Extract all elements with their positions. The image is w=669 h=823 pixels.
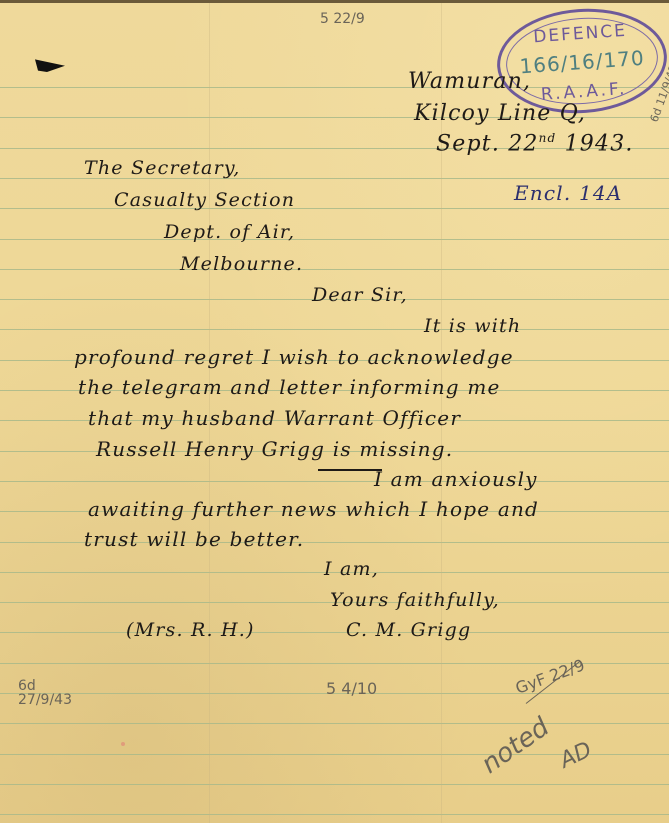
recipient-line-1: The Secretary, — [84, 157, 241, 179]
ruled-line — [0, 329, 669, 330]
registry-note-bottom-center: 5 4/10 — [326, 679, 377, 698]
address-line-1: Wamuran, — [408, 69, 531, 94]
ruled-line — [0, 723, 669, 724]
ruled-line — [0, 784, 669, 785]
address-line-2: Kilcoy Line Q, — [414, 101, 586, 126]
letter-page: DEFENCE 166/16/170 R.A.A.F. 5 22/9 6d 11… — [0, 0, 669, 823]
date-year: 1943. — [556, 131, 633, 156]
body-line-1: It is with — [424, 315, 521, 337]
closing-line-1: I am, — [324, 558, 379, 580]
ruled-line — [0, 632, 669, 633]
recipient-line-4: Melbourne. — [180, 253, 303, 275]
enclosure-note: Encl. 14A — [514, 181, 623, 205]
signatory-note: (Mrs. R. H.) — [126, 619, 255, 641]
body-line-8: trust will be better. — [84, 527, 304, 551]
name-underline — [318, 469, 382, 471]
recipient-line-2: Casualty Section — [114, 189, 295, 211]
ruled-line — [0, 269, 669, 270]
ruled-line — [0, 814, 669, 815]
address-date: Sept. 22nd 1943. — [436, 131, 634, 156]
registry-note-top: 5 22/9 — [320, 11, 365, 27]
red-mark — [121, 742, 125, 746]
body-line-3: the telegram and letter informing me — [78, 375, 501, 399]
ruled-line — [0, 208, 669, 209]
body-line-5: Russell Henry Grigg is missing. — [96, 437, 453, 461]
body-line-6: I am anxiously — [374, 467, 538, 491]
recipient-line-3: Dept. of Air, — [164, 221, 295, 243]
closing-line-2: Yours faithfully, — [330, 589, 500, 611]
registry-note-bottom-left: 6d 27/9/43 — [18, 679, 58, 707]
ruled-line — [0, 481, 669, 482]
reviewer-signature: AD — [556, 737, 596, 773]
body-line-2: profound regret I wish to acknowledge — [74, 345, 514, 369]
date-day: Sept. 22 — [436, 131, 539, 156]
punch-hole — [35, 58, 65, 72]
signature: C. M. Grigg — [346, 619, 471, 641]
salutation: Dear Sir, — [312, 284, 408, 306]
ruled-line — [0, 239, 669, 240]
date-ordinal: nd — [539, 131, 557, 145]
body-line-7: awaiting further news which I hope and — [88, 497, 539, 521]
initials-note: GyF 22/9 — [513, 655, 587, 698]
body-line-4: that my husband Warrant Officer — [88, 406, 461, 430]
